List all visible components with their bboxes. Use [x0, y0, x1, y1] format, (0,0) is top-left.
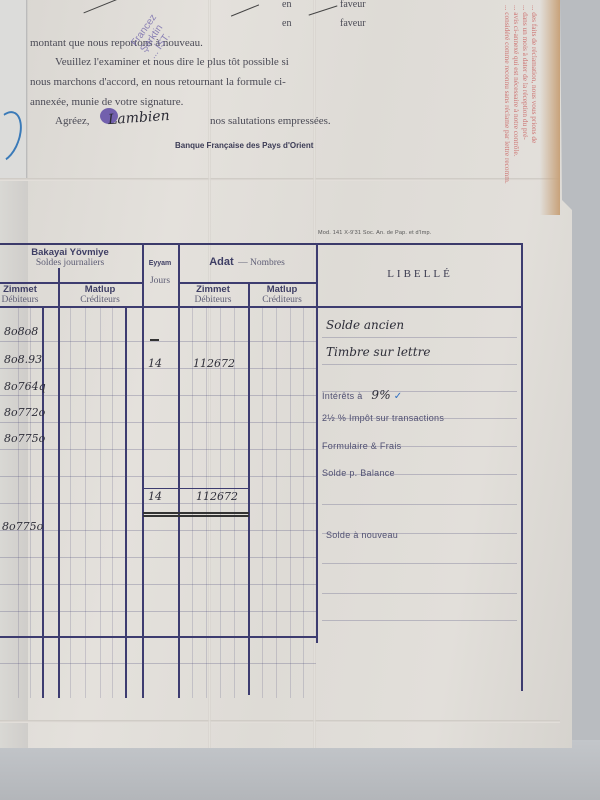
- table-top-border: [0, 243, 522, 245]
- dash-mark: [150, 339, 159, 341]
- paper-edge-shadow: [540, 0, 560, 215]
- red-note-line: ... considéré comme reconnu sans réclame…: [503, 5, 511, 215]
- header-bakayai: Bakayai Yövmiye Soldes journaliers: [0, 247, 140, 268]
- table-surface-background: [0, 740, 600, 800]
- en-word: en: [282, 0, 291, 10]
- libelle-row: Timbre sur lettre: [326, 345, 430, 359]
- faveur-word: faveur: [340, 18, 366, 29]
- section-divider: [0, 636, 316, 638]
- balance-entry: 8o775o: [4, 432, 45, 445]
- ledger-table: Bakayai Yövmiye Soldes journaliers Zimme…: [0, 238, 540, 700]
- total-underline: [143, 512, 249, 514]
- libelle-row: Solde p. Balance: [322, 468, 395, 478]
- column-divider: [142, 243, 144, 698]
- libelle-row: 2½ % Impôt sur transactions: [322, 413, 444, 423]
- column-divider: [125, 306, 127, 698]
- column-divider: [42, 306, 44, 698]
- column-divider: [316, 243, 318, 643]
- column-divider: [178, 243, 180, 698]
- balance-entry: 8o8.93: [4, 353, 42, 366]
- libelle-row: Formulaire & Frais: [322, 441, 401, 451]
- fold-crease: [0, 720, 560, 723]
- letter-closing-right: nos salutations empressées.: [210, 115, 331, 127]
- total-nombres: 112672: [196, 490, 238, 503]
- column-divider: [521, 243, 523, 691]
- header-bakayai-zimmet: Zimmet Débiteurs: [0, 284, 58, 305]
- letter-line: annexée, munie de votre signature.: [30, 96, 183, 108]
- header-eyyam: Eyyam Jours: [142, 260, 178, 286]
- total-underline: [143, 515, 249, 517]
- header-adat: Adat — Nombres: [178, 252, 316, 270]
- balance-entry: 8o764q: [4, 380, 46, 393]
- days-entry: 14: [148, 357, 162, 370]
- column-divider: [248, 283, 250, 695]
- letter-closing-left: Agréez,: [55, 115, 90, 127]
- libelle-row: Solde ancien: [326, 318, 404, 332]
- header-adat-matlup: Matlup Créditeurs: [248, 284, 316, 305]
- total-days: 14: [148, 490, 162, 503]
- column-divider: [58, 268, 60, 698]
- header-libelle: LIBELLÉ: [320, 268, 520, 280]
- libelle-row: Intérêts à 9% ✓: [322, 388, 402, 402]
- red-note-line: ... dans un mois à dater de la réception…: [521, 5, 529, 215]
- red-note-line: ... avis ci-annexé qui est nécessaire à …: [512, 5, 520, 215]
- libelle-row: Solde à nouveau: [326, 530, 398, 540]
- red-margin-note: ... des faits de réclamation, nous vous …: [468, 5, 538, 215]
- bank-name: Banque Française des Pays d'Orient: [175, 141, 313, 150]
- balance-entry: 8o775o: [2, 520, 43, 533]
- balance-entry: 8o8o8: [4, 325, 38, 338]
- header-adat-zimmet: Zimmet Débiteurs: [178, 284, 248, 305]
- faveur-word: faveur: [340, 0, 366, 10]
- red-note-line: ... des faits de réclamation, nous vous …: [530, 5, 538, 215]
- nombres-entry: 112672: [193, 357, 235, 370]
- balance-entry: 8o772o: [4, 406, 45, 419]
- en-word: en: [282, 18, 291, 29]
- check-mark-icon: ✓: [394, 391, 403, 402]
- form-reference: Mod. 141 X-9'31 Soc. An. de Pap. et d'Im…: [318, 230, 432, 236]
- header-bakayai-matlup: Matlup Créditeurs: [58, 284, 142, 305]
